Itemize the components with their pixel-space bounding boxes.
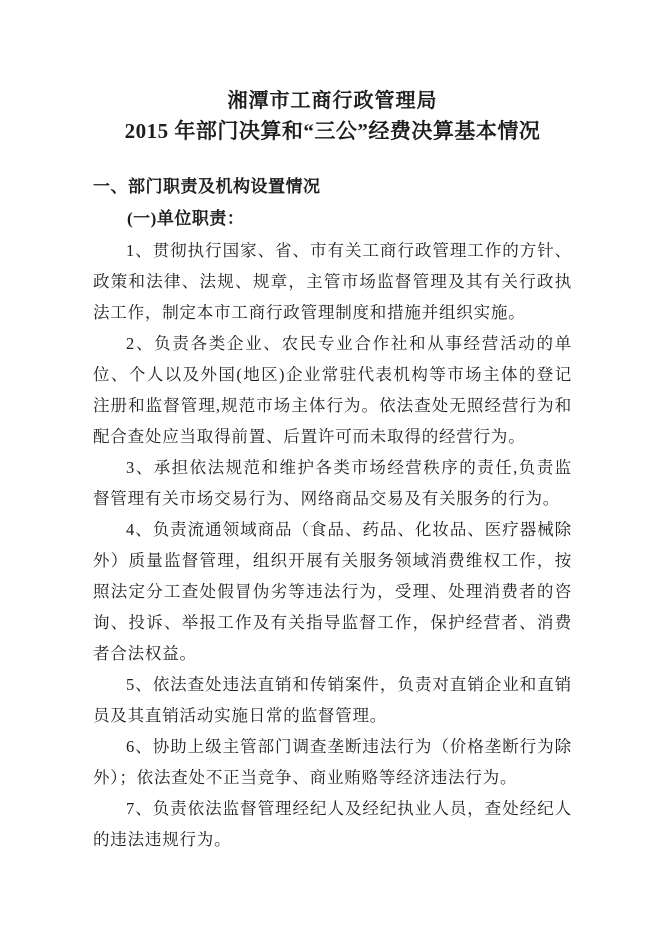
duty-paragraph-6: 6、协助上级主管部门调查垄断违法行为（价格垄断行为除外）；依法查处不正当竞争、商… <box>93 731 572 793</box>
duty-paragraph-2: 2、负责各类企业、农民专业合作社和从事经营活动的单位、个人以及外国(地区)企业常… <box>93 328 572 452</box>
org-name-title: 湘潭市工商行政管理局 <box>93 86 572 116</box>
subsection-heading: (一)单位职责： <box>93 203 572 235</box>
duty-paragraph-7: 7、负责依法监督管理经纪人及经纪执业人员，查处经纪人的违法违规行为。 <box>93 793 572 855</box>
report-title: 2015 年部门决算和“三公”经费决算基本情况 <box>93 116 572 147</box>
document-title-block: 湘潭市工商行政管理局 2015 年部门决算和“三公”经费决算基本情况 <box>93 86 572 147</box>
duty-paragraph-3: 3、承担依法规范和维护各类市场经营秩序的责任,负责监督管理有关市场交易行为、网络… <box>93 452 572 514</box>
duty-paragraph-4: 4、负责流通领域商品（食品、药品、化妆品、医疗器械除外）质量监督管理，组织开展有… <box>93 514 572 669</box>
section-heading: 一、部门职责及机构设置情况 <box>93 171 572 203</box>
duty-paragraph-1: 1、贯彻执行国家、省、市有关工商行政管理工作的方针、政策和法律、法规、规章，主管… <box>93 235 572 328</box>
document-page: 湘潭市工商行政管理局 2015 年部门决算和“三公”经费决算基本情况 一、部门职… <box>0 0 662 936</box>
duty-paragraph-5: 5、依法查处违法直销和传销案件，负责对直销企业和直销员及其直销活动实施日常的监督… <box>93 669 572 731</box>
